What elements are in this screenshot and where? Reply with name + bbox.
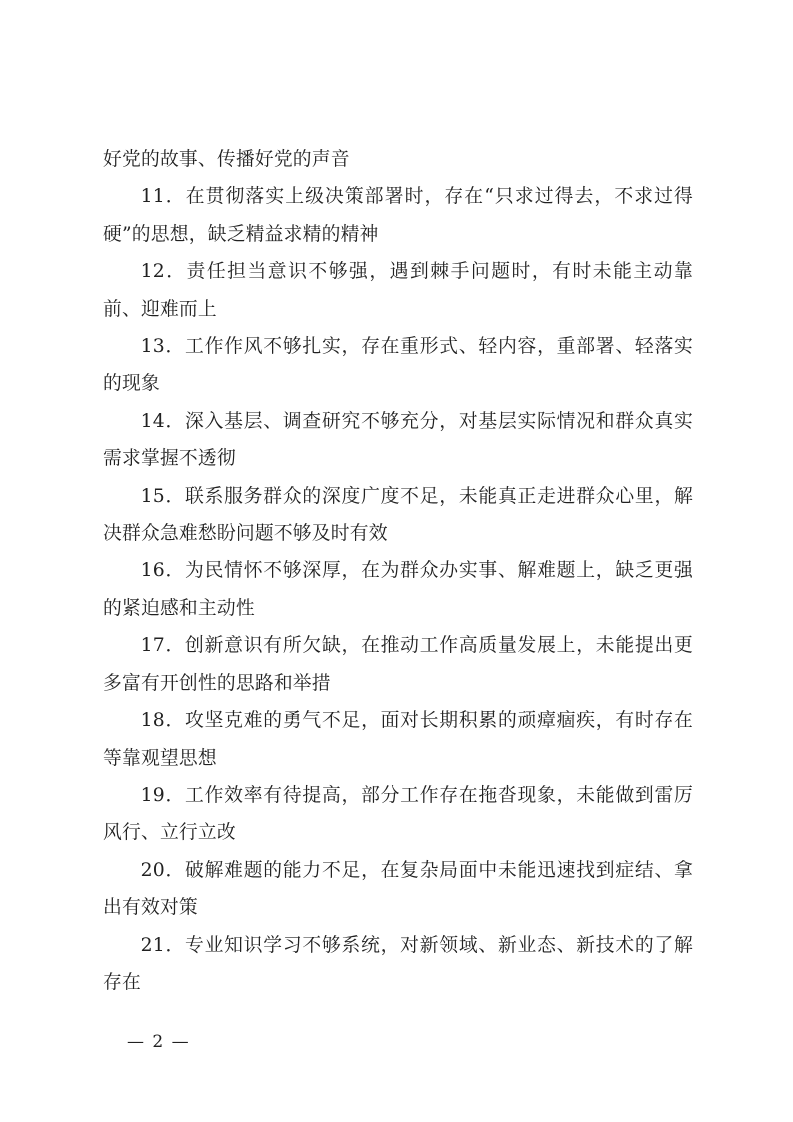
item-text: 创新意识有所欠缺，在推动工作高质量发展上，未能提出更多富有开创性的思路和举措	[103, 635, 693, 693]
item-number: 20．	[141, 860, 185, 881]
item-text: 深入基层、调查研究不够充分，对基层实际情况和群众真实需求掌握不透彻	[103, 411, 693, 469]
list-item-21: 21．专业知识学习不够系统，对新领域、新业态、新技术的了解存在	[103, 927, 693, 1002]
list-item-13: 13．工作作风不够扎实，存在重形式、轻内容，重部署、轻落实的现象	[103, 328, 693, 403]
list-item-12: 12．责任担当意识不够强，遇到棘手问题时，有时未能主动靠前、迎难而上	[103, 253, 693, 328]
item-number: 17．	[141, 635, 185, 656]
item-number: 12．	[141, 261, 187, 282]
list-item-18: 18．攻坚克难的勇气不足，面对长期积累的顽瘴痼疾，有时存在等靠观望思想	[103, 702, 693, 777]
list-item-16: 16．为民情怀不够深厚，在为群众办实事、解难题上，缺乏更强的紧迫感和主动性	[103, 552, 693, 627]
list-item-19: 19．工作效率有待提高，部分工作存在拖沓现象，未能做到雷厉风行、立行立改	[103, 777, 693, 852]
item-number: 21．	[141, 935, 185, 956]
item-text: 专业知识学习不够系统，对新领域、新业态、新技术的了解存在	[103, 935, 693, 993]
item-text: 工作效率有待提高，部分工作存在拖沓现象，未能做到雷厉风行、立行立改	[103, 785, 693, 843]
item-text: 工作作风不够扎实，存在重形式、轻内容，重部署、轻落实的现象	[103, 336, 693, 394]
list-item-11: 11．在贯彻落实上级决策部署时，存在“只求过得去，不求过得硬”的思想，缺乏精益求…	[103, 178, 693, 253]
item-text: 破解难题的能力不足，在复杂局面中未能迅速找到症结、拿出有效对策	[103, 860, 693, 918]
item-text: 联系服务群众的深度广度不足，未能真正走进群众心里，解决群众急难愁盼问题不够及时有…	[103, 486, 693, 544]
item-number: 16．	[141, 560, 185, 581]
item-number: 15．	[141, 486, 185, 507]
continuation-line: 好党的故事、传播好党的声音	[103, 141, 693, 178]
list-item-17: 17．创新意识有所欠缺，在推动工作高质量发展上，未能提出更多富有开创性的思路和举…	[103, 627, 693, 702]
item-text: 攻坚克难的勇气不足，面对长期积累的顽瘴痼疾，有时存在等靠观望思想	[103, 710, 693, 768]
item-text: 在贯彻落实上级决策部署时，存在“只求过得去，不求过得硬”的思想，缺乏精益求精的精…	[103, 186, 693, 244]
document-page: 好党的故事、传播好党的声音 11．在贯彻落实上级决策部署时，存在“只求过得去，不…	[0, 0, 793, 1122]
document-body: 好党的故事、传播好党的声音 11．在贯彻落实上级决策部署时，存在“只求过得去，不…	[103, 141, 693, 1001]
item-number: 13．	[141, 336, 185, 357]
item-number: 11．	[141, 186, 186, 207]
item-number: 18．	[141, 710, 185, 731]
list-item-15: 15．联系服务群众的深度广度不足，未能真正走进群众心里，解决群众急难愁盼问题不够…	[103, 478, 693, 553]
item-number: 14．	[141, 411, 185, 432]
item-number: 19．	[141, 785, 185, 806]
item-text: 责任担当意识不够强，遇到棘手问题时，有时未能主动靠前、迎难而上	[103, 261, 693, 319]
item-text: 为民情怀不够深厚，在为群众办实事、解难题上，缺乏更强的紧迫感和主动性	[103, 560, 693, 618]
list-item-14: 14．深入基层、调查研究不够充分，对基层实际情况和群众真实需求掌握不透彻	[103, 403, 693, 478]
page-number: — 2 —	[127, 1030, 190, 1054]
list-item-20: 20．破解难题的能力不足，在复杂局面中未能迅速找到症结、拿出有效对策	[103, 852, 693, 927]
